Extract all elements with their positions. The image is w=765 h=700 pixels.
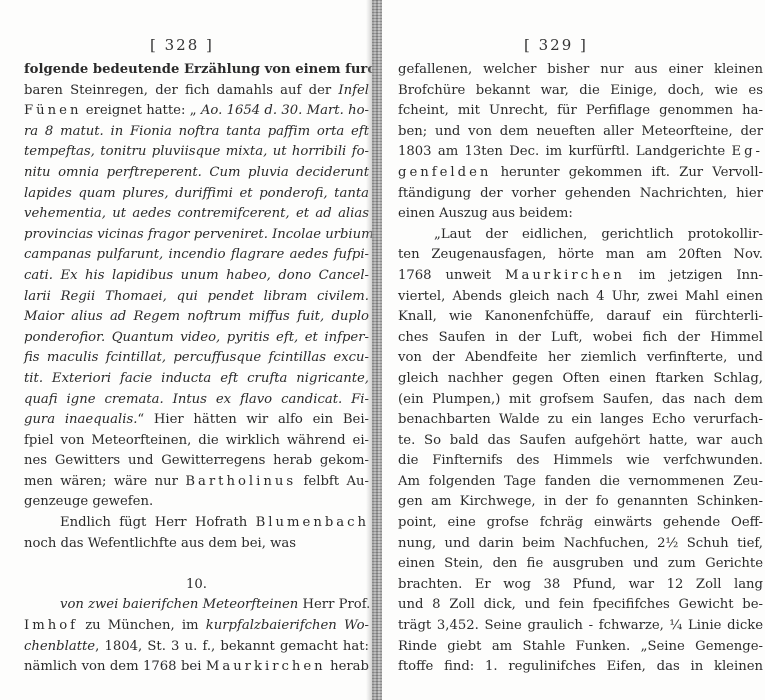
text-line: vehementia, ut aedes contremifcerent, et…: [24, 204, 369, 225]
text-line: Rinde giebt am Stahle Funken. „Seine Gem…: [398, 637, 763, 658]
text-line: gen am Kirchwege, in der fo genannten Sc…: [398, 492, 763, 513]
text-segment: te. So bald das Saufen aufgehört hatte, …: [398, 433, 763, 448]
text-line: campanas pulfarunt, incendio flagrare ae…: [24, 245, 369, 266]
text-segment: gefallenen, welcher bisher nur aus einer…: [398, 62, 763, 77]
text-segment: gleich nachher gegen Often einen ftarken…: [398, 371, 763, 386]
text-segment: und 8 Zoll dick, und fein fpecififches G…: [398, 597, 763, 612]
text-line: genfelden herunter gekommen ift. Zur Ver…: [398, 163, 763, 184]
text-line: 10.: [24, 575, 369, 596]
text-segment: Am folgenden Tage fanden die vernommenen…: [398, 474, 763, 489]
text-line: ten Zeugenausfagen, hörte man am 20ften …: [398, 245, 763, 266]
text-line: ches Saufen in der Luft, wobei fich der …: [398, 328, 763, 349]
text-segment: brachten. Er wog 38 Pfund, war 12 Zoll l…: [398, 577, 763, 592]
text-line: fpiel von Meteorfteinen, die wirklich wä…: [24, 431, 369, 452]
text-segment: ftoffe find: 1. regulinifches Eifen, das…: [398, 659, 763, 674]
text-line: 1803 am 13ten Dec. im kurfürftl. Landger…: [398, 142, 763, 163]
text-segment: von zwei baierifchen Meteorfteinen: [60, 597, 298, 612]
text-line: Endlich fügt Herr Hofrath Blumenbach: [24, 513, 369, 534]
text-segment: campanas pulfarunt, incendio flagrare ae…: [24, 247, 369, 262]
text-segment: Knall, wie Kanonenfchüffe, darauf ein fü…: [398, 309, 763, 324]
text-segment: nitu omnia perftreperent. Cum pluvia dec…: [24, 165, 369, 180]
text-segment: larii Regii Thomaei, qui pendet libram c…: [24, 289, 369, 304]
text-line: und 8 Zoll dick, und fein fpecififches G…: [398, 595, 763, 616]
text-line: tempeftas, tonitru pluviisque mixta, ut …: [24, 142, 369, 163]
left-page-text: folgende bedeutende Erzählung von einem …: [24, 60, 369, 678]
text-line: tit. Exteriori facie inducta eft crufta …: [24, 369, 369, 390]
book-spine-gutter: [372, 0, 382, 700]
text-segment: genfelden: [398, 165, 491, 180]
text-segment: (ein Plumpen,) mit grofsem Saufen, das n…: [398, 392, 763, 407]
right-page-text: gefallenen, welcher bisher nur aus einer…: [398, 60, 763, 678]
text-line: te. So bald das Saufen aufgehört hatte, …: [398, 431, 763, 452]
text-segment: tit. Exteriori facie inducta eft crufta …: [24, 371, 369, 386]
text-line: ponderofior. Quantum video, pyritis eft,…: [24, 328, 369, 349]
text-segment: folgende bedeutende Erzählung von einem …: [24, 62, 397, 77]
text-line: ftoffe find: 1. regulinifches Eifen, das…: [398, 657, 763, 678]
text-segment: fpiel von Meteorfteinen, die wirklich wä…: [24, 433, 369, 448]
text-segment: vehementia, ut aedes contremifcerent, et…: [24, 206, 369, 221]
text-line: von der Abendfeite her ziemlich verfinft…: [398, 348, 763, 369]
text-line: brachten. Er wog 38 Pfund, war 12 Zoll l…: [398, 575, 763, 596]
text-segment: point, eine grofse fchräg einwärts gehen…: [398, 515, 763, 530]
text-line: Imhof zu München, im kurpfalzbaierifchen…: [24, 616, 369, 637]
text-segment: Brofchüre bekannt war, die Einige, doch,…: [398, 83, 763, 98]
text-segment: ten Zeugenausfagen, hörte man am 20ften …: [398, 247, 763, 262]
text-segment: ra 8 matut. in Fionia noftra tanta paffi…: [24, 124, 369, 139]
left-page: [ 328 ] folgende bedeutende Erzählung vo…: [0, 0, 372, 700]
text-segment: Eg-: [731, 144, 763, 159]
text-line: gura inaequalis.“ Hier hätten wir alfo e…: [24, 410, 369, 431]
text-segment: ches Saufen in der Luft, wobei fich der …: [398, 330, 763, 345]
text-segment: Bartholinus: [185, 474, 296, 489]
text-segment: provincias vicinas fragor perveniret. In…: [24, 227, 374, 242]
text-segment: ftändigung der vorher gehenden Nachricht…: [398, 186, 763, 201]
text-segment: , 1804, St. 3 u. f., bekannt gemacht hat…: [95, 639, 369, 654]
text-segment: herunter gekommen ift. Zur Vervoll-: [491, 165, 763, 180]
text-segment: ereignet hatte: „: [81, 103, 200, 118]
text-segment: viertel, Abends gleich nach 4 Uhr, zwei …: [398, 289, 763, 304]
text-line: Maior alius ad Regem noftrum miffus fuit…: [24, 307, 369, 328]
text-line: lapides quam plures, duriffimi et ponder…: [24, 184, 369, 205]
text-segment: 1768 unweit: [398, 268, 505, 283]
text-line: ben; und von dem neueften aller Meteorft…: [398, 122, 763, 143]
text-line: von zwei baierifchen Meteorfteinen Herr …: [24, 595, 369, 616]
text-segment: nes Gewitters und Gewitterregens herab g…: [24, 453, 369, 468]
text-line: men wären; wäre nur Bartholinus felbft A…: [24, 472, 369, 493]
text-line: chenblatte, 1804, St. 3 u. f., bekannt g…: [24, 637, 369, 658]
text-segment: gura inaequalis.: [24, 412, 137, 427]
text-line: nitu omnia perftreperent. Cum pluvia dec…: [24, 163, 369, 184]
text-line: nämlich von dem 1768 bei Maurkirchen her…: [24, 657, 369, 678]
text-line: fcheint, mit Unrecht, für Perfiflage gen…: [398, 101, 763, 122]
text-segment: Maior alius ad Regem noftrum miffus fuit…: [24, 309, 369, 324]
text-segment: Infel: [338, 83, 369, 98]
text-segment: benachbarten Walde zu ein langes Echo ve…: [398, 412, 763, 427]
text-line: einen Auszug aus beidem:: [398, 204, 763, 225]
text-line: nung, und darin beim Nachfuchen, 2½ Schu…: [398, 534, 763, 555]
text-segment: Rinde giebt am Stahle Funken. „Seine Gem…: [398, 639, 763, 654]
text-line: quafi igne cremata. Intus ex flavo candi…: [24, 390, 369, 411]
text-line: ra 8 matut. in Fionia noftra tanta paffi…: [24, 122, 369, 143]
text-line: Knall, wie Kanonenfchüffe, darauf ein fü…: [398, 307, 763, 328]
text-line: 1768 unweit Maurkirchen im jetzigen Inn-: [398, 266, 763, 287]
text-segment: cati. Ex his lapidibus unum habeo, dono …: [24, 268, 369, 283]
text-line: gleich nachher gegen Often einen ftarken…: [398, 369, 763, 390]
page-number-left: [ 328 ]: [150, 36, 214, 54]
text-segment: Ao. 1654 d. 30. Mart. ho-: [201, 103, 369, 118]
text-segment: einen Stein, den fie ausgruben und zum G…: [398, 556, 763, 571]
text-line: provincias vicinas fragor perveniret. In…: [24, 225, 369, 246]
text-segment: Maurkirchen: [505, 268, 625, 283]
text-segment: die Finfternifs des Himmels wie verfchwu…: [398, 453, 763, 468]
text-line: fis maculis fcintillat, percuffusque fci…: [24, 348, 369, 369]
text-line: Brofchüre bekannt war, die Einige, doch,…: [398, 81, 763, 102]
text-segment: herab: [326, 659, 369, 674]
text-segment: einen Auszug aus beidem:: [398, 206, 573, 221]
text-segment: men wären; wäre nur: [24, 474, 185, 489]
text-line: trägt 3,452. Seine graulich - fchwarze, …: [398, 616, 763, 637]
text-segment: ben; und von dem neueften aller Meteorft…: [398, 124, 763, 139]
text-line: Fünen ereignet hatte: „ Ao. 1654 d. 30. …: [24, 101, 369, 122]
text-segment: Herr Prof.: [298, 597, 370, 612]
text-line: [24, 554, 369, 575]
text-segment: 1803 am 13ten Dec. im kurfürftl. Landger…: [398, 144, 731, 159]
text-segment: trägt 3,452. Seine graulich - fchwarze, …: [398, 618, 763, 633]
text-segment: von der Abendfeite her ziemlich verfinft…: [398, 350, 763, 365]
text-line: genzeuge gewefen.: [24, 492, 369, 513]
text-segment: fcheint, mit Unrecht, für Perfiflage gen…: [398, 103, 763, 118]
text-segment: nung, und darin beim Nachfuchen, 2½ Schu…: [398, 536, 763, 551]
text-line: baren Steinregen, der fich damahls auf d…: [24, 81, 369, 102]
text-segment: ponderofior. Quantum video, pyritis eft,…: [24, 330, 369, 345]
text-line: larii Regii Thomaei, qui pendet libram c…: [24, 287, 369, 308]
text-segment: baren Steinregen, der fich damahls auf d…: [24, 83, 338, 98]
text-segment: chenblatte: [24, 639, 95, 654]
text-segment: lapides quam plures, duriffimi et ponder…: [24, 186, 369, 201]
text-segment: Maurkirchen: [206, 659, 326, 674]
text-segment: Blumenbach: [256, 515, 369, 530]
text-line: cati. Ex his lapidibus unum habeo, dono …: [24, 266, 369, 287]
text-segment: genzeuge gewefen.: [24, 494, 153, 509]
text-segment: Fünen: [24, 103, 81, 118]
text-line: (ein Plumpen,) mit grofsem Saufen, das n…: [398, 390, 763, 411]
right-page: [ 329 ] gefallenen, welcher bisher nur a…: [382, 0, 765, 700]
page-number-right: [ 329 ]: [524, 36, 588, 54]
text-line: viertel, Abends gleich nach 4 Uhr, zwei …: [398, 287, 763, 308]
text-segment: nämlich von dem 1768 bei: [24, 659, 206, 674]
text-segment: „Laut der eidlichen, gerichtlich protoko…: [434, 227, 763, 242]
text-line: point, eine grofse fchräg einwärts gehen…: [398, 513, 763, 534]
text-line: Am folgenden Tage fanden die vernommenen…: [398, 472, 763, 493]
text-segment: gen am Kirchwege, in der fo genannten Sc…: [398, 494, 763, 509]
text-segment: Endlich fügt Herr Hofrath: [60, 515, 256, 530]
text-segment: quafi igne cremata. Intus ex flavo candi…: [24, 392, 369, 407]
text-segment: im jetzigen Inn-: [625, 268, 763, 283]
text-segment: tempeftas, tonitru pluviisque mixta, ut …: [24, 144, 369, 159]
text-segment: kurpfalzbaierifchen Wo-: [206, 618, 369, 633]
text-segment: fis maculis fcintillat, percuffusque fci…: [24, 350, 369, 365]
text-line: benachbarten Walde zu ein langes Echo ve…: [398, 410, 763, 431]
text-segment: 10.: [186, 577, 207, 592]
text-line: gefallenen, welcher bisher nur aus einer…: [398, 60, 763, 81]
text-segment: Imhof: [24, 618, 78, 633]
text-line: die Finfternifs des Himmels wie verfchwu…: [398, 451, 763, 472]
text-segment: zu München, im: [78, 618, 206, 633]
text-line: „Laut der eidlichen, gerichtlich protoko…: [398, 225, 763, 246]
text-line: nes Gewitters und Gewitterregens herab g…: [24, 451, 369, 472]
text-line: folgende bedeutende Erzählung von einem …: [24, 60, 369, 81]
text-line: ftändigung der vorher gehenden Nachricht…: [398, 184, 763, 205]
text-line: noch das Wefentlichfte aus dem bei, was: [24, 534, 369, 555]
text-line: einen Stein, den fie ausgruben und zum G…: [398, 554, 763, 575]
text-segment: felbft Au-: [296, 474, 369, 489]
text-segment: “ Hier hätten wir alfo ein Bei-: [137, 412, 369, 427]
text-segment: noch das Wefentlichfte aus dem bei, was: [24, 536, 296, 551]
